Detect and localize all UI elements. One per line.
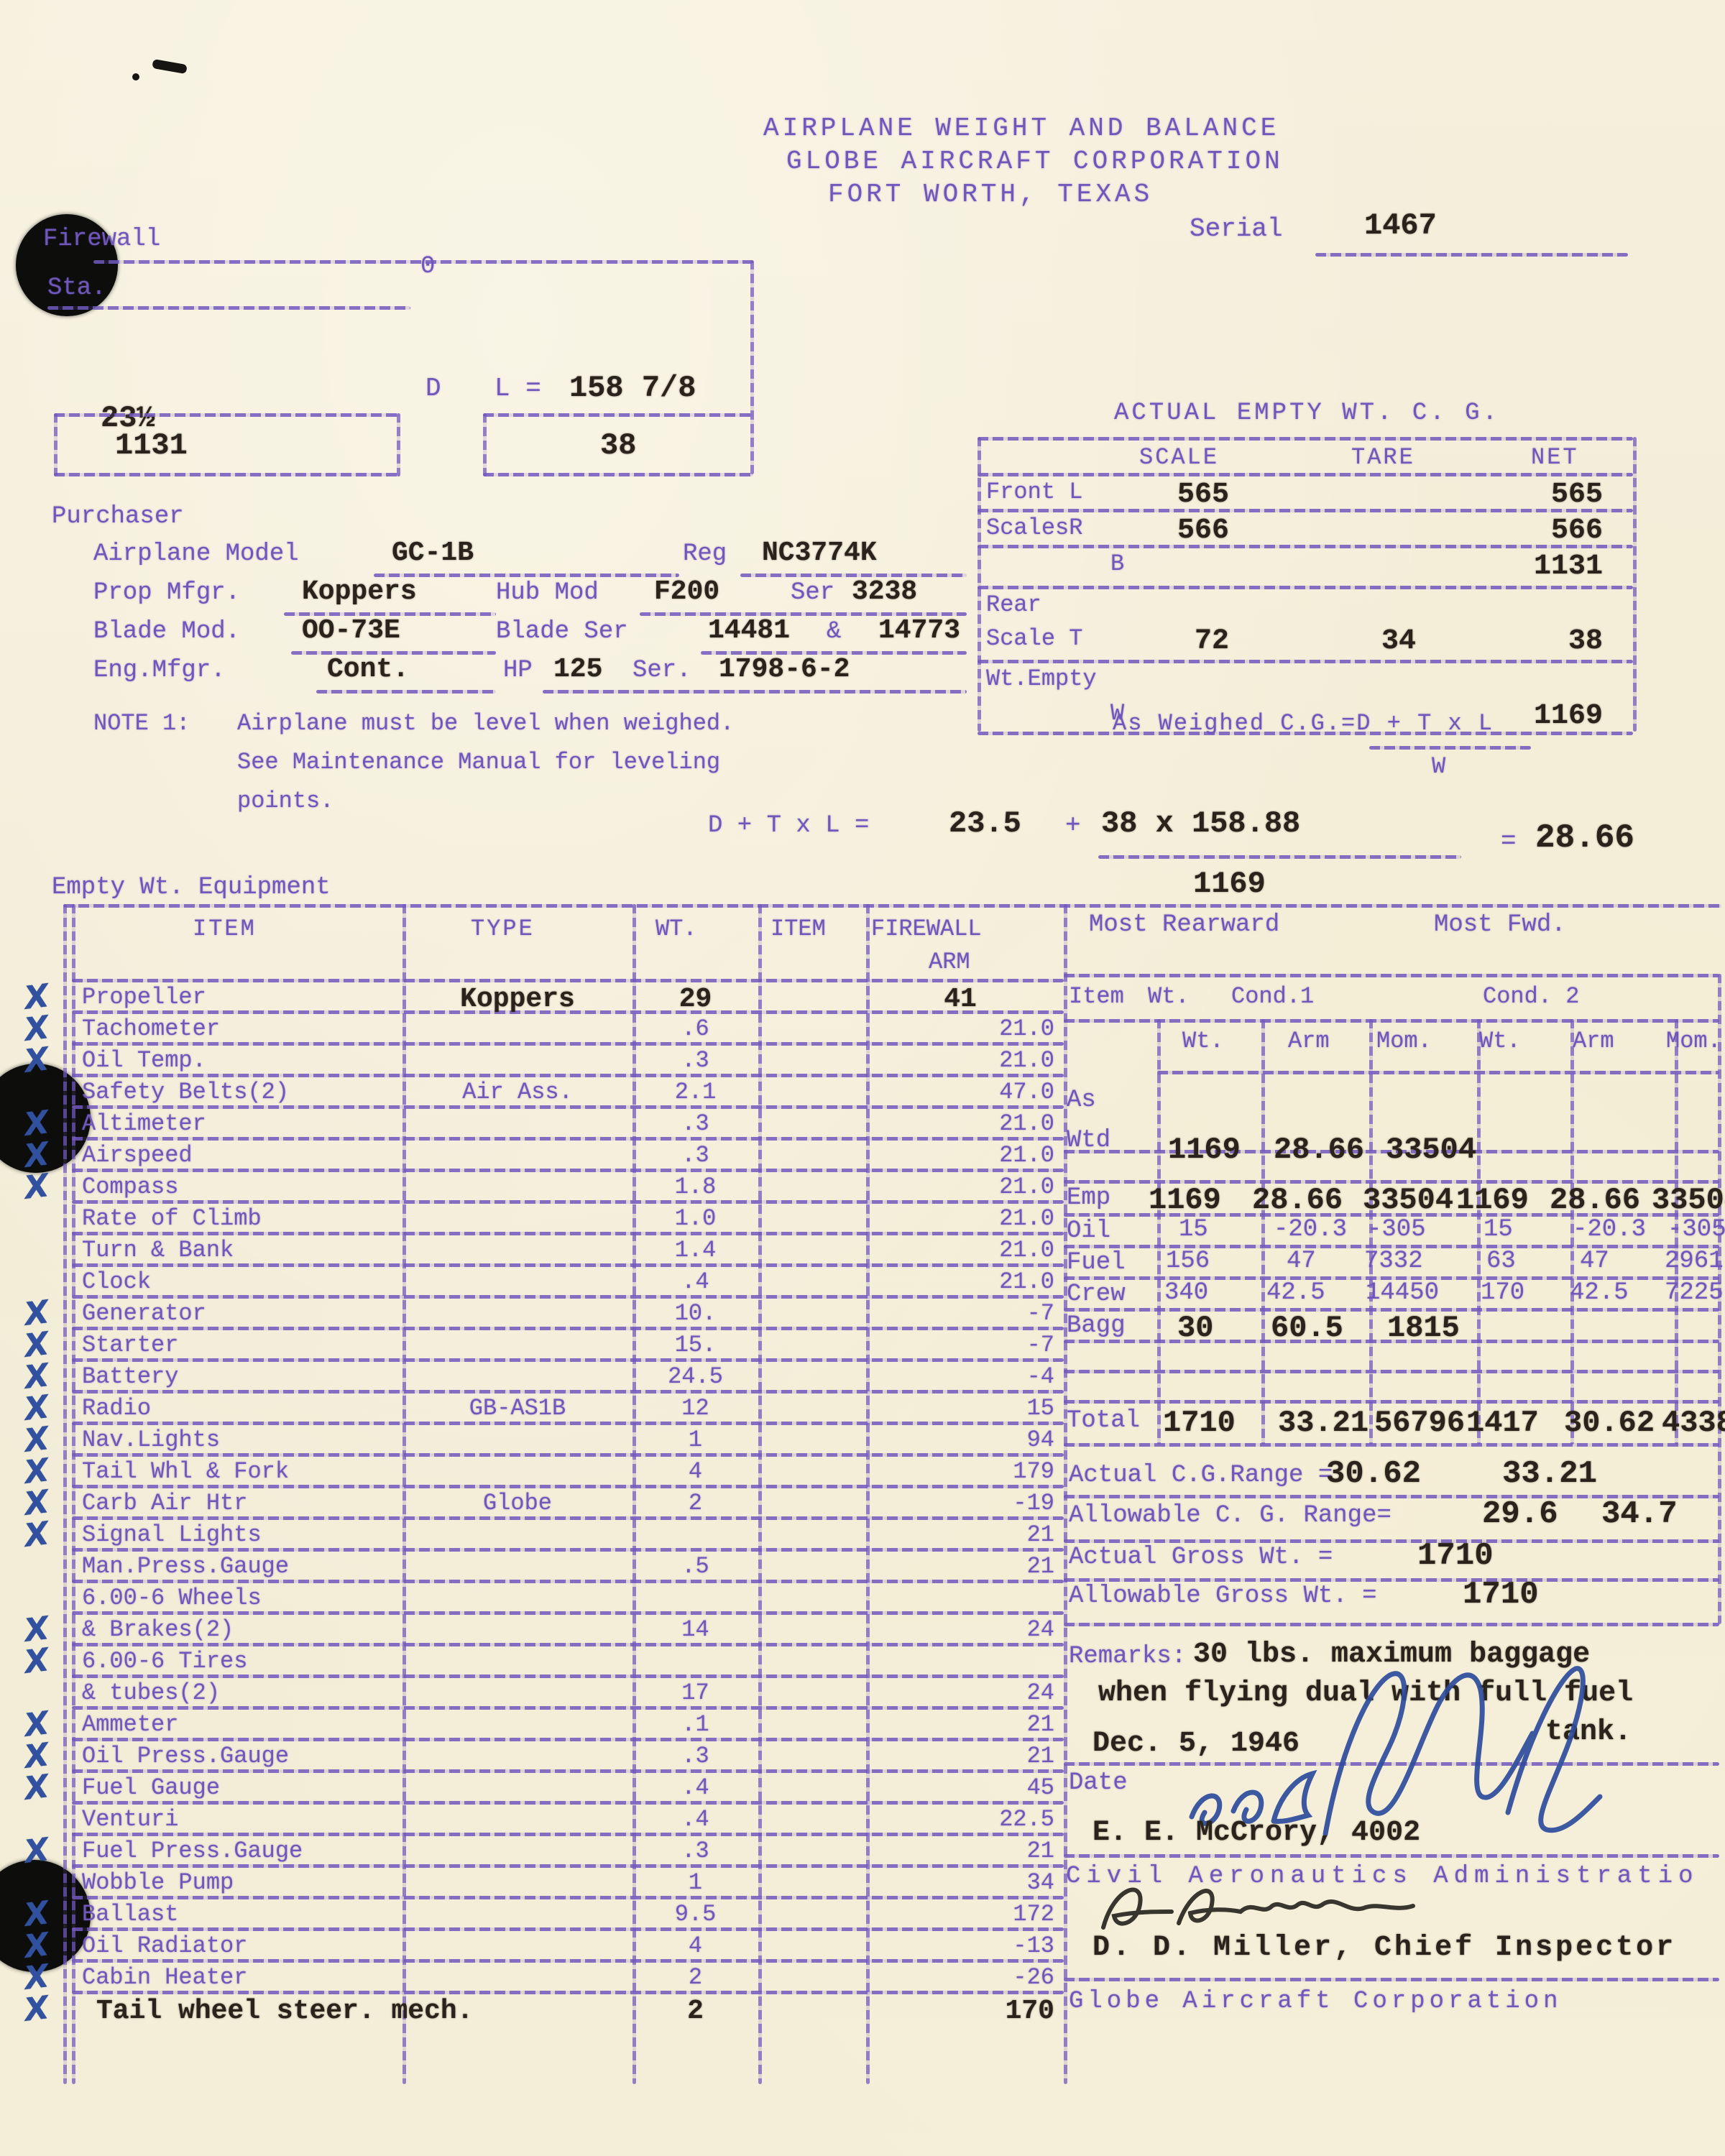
ink-smudge	[152, 59, 188, 74]
panel-value: 47	[1287, 1248, 1316, 1275]
panel-row-label: Oil	[1067, 1217, 1110, 1245]
purchaser-field-label: Ser.	[632, 657, 691, 684]
scale-row-label: ScalesR	[986, 515, 1082, 541]
equip-firewall-arm: 45	[866, 1774, 1062, 1801]
equip-row-rule	[72, 1485, 1064, 1488]
panel-head2: Mom.	[1666, 1028, 1721, 1054]
purchaser-field-label: Airplane Model	[93, 540, 299, 568]
actual-cg-max: 33.21	[1502, 1456, 1597, 1492]
equip-item: Oil Radiator	[82, 1932, 247, 1959]
scale-col-header: NET	[1531, 444, 1579, 471]
equip-item: Starter	[82, 1332, 178, 1358]
equip-row-rule	[72, 1896, 1064, 1899]
equip-item: Wobble Pump	[82, 1869, 234, 1896]
panel-value: 156	[1166, 1248, 1210, 1275]
panel-value: 1815	[1387, 1311, 1460, 1345]
equip-weight: .3	[632, 1838, 758, 1864]
equip-firewall-arm: -4	[866, 1363, 1062, 1390]
equip-header-firewall: FIREWALL	[871, 916, 982, 942]
formula-d: 23.5	[949, 806, 1021, 841]
purchaser-value: F200	[654, 576, 719, 607]
ink-dot	[132, 73, 139, 80]
equip-item: Carb Air Htr	[82, 1490, 247, 1516]
equip-row-rule	[72, 1738, 1064, 1741]
equip-row-checkmark: X	[22, 1167, 51, 1207]
panel-value: 7225	[1665, 1279, 1724, 1307]
panel-value: 33504	[1386, 1133, 1476, 1167]
purchaser-value: 3238	[852, 576, 917, 607]
equip-weight: 14	[632, 1616, 758, 1643]
equip-row-rule	[72, 1864, 1064, 1868]
panel-value: 1169	[1168, 1133, 1241, 1167]
allowable-cg-max: 34.7	[1601, 1496, 1678, 1532]
scale-table-rule	[977, 586, 1633, 589]
panel-col-line	[1157, 1019, 1161, 1445]
doc-title-line1: AIRPLANE WEIGHT AND BALANCE	[763, 114, 1279, 143]
equip-row-rule	[72, 1516, 1064, 1520]
panel-head2: Wt.	[1182, 1028, 1224, 1054]
equip-type: Globe	[402, 1490, 632, 1516]
scale-col-header: SCALE	[1139, 444, 1219, 471]
equip-item: Tail Whl & Fork	[82, 1458, 289, 1485]
equip-row-checkmark: X	[22, 1768, 51, 1807]
equip-item: Venturi	[82, 1806, 178, 1833]
equip-item: Signal Lights	[82, 1521, 262, 1548]
scale-table-left	[977, 437, 981, 732]
caa-line	[1064, 1854, 1719, 1858]
purchaser-underline	[316, 690, 496, 694]
panel-rule	[1064, 1370, 1719, 1373]
equip-firewall-arm: 21.0	[866, 1237, 1062, 1263]
purchaser-field-label: Prop Mfgr.	[93, 579, 240, 607]
panel-value: -20.3	[1274, 1216, 1347, 1243]
equip-item: Altimeter	[82, 1110, 206, 1137]
net-value: 566	[1459, 515, 1603, 547]
panel-value: 30	[1177, 1311, 1213, 1345]
equip-item: Fuel Press.Gauge	[82, 1838, 303, 1864]
sta-label: Sta.	[47, 275, 106, 302]
panel-value: 1417	[1466, 1406, 1539, 1440]
purchaser-value: 1798-6-2	[719, 654, 850, 685]
equip-firewall-arm: -26	[866, 1964, 1062, 1991]
panel-value: 2961	[1665, 1248, 1724, 1275]
equip-row-rule	[72, 1200, 1064, 1204]
allowable-cg-min: 29.6	[1482, 1496, 1558, 1532]
scale-table-top	[977, 437, 1633, 441]
purchaser-field-label: Blade Ser	[496, 618, 628, 645]
equip-header-item2: ITEM	[770, 916, 826, 942]
panel-divider	[1064, 904, 1067, 2084]
panel-value: 42.5	[1570, 1279, 1629, 1307]
equip-weight: 15.	[632, 1332, 758, 1358]
equip-row-rule	[72, 1074, 1064, 1077]
panel-value: 28.66	[1550, 1183, 1640, 1217]
panel-row-label: Total	[1067, 1407, 1140, 1434]
equip-weight: 4	[632, 1932, 758, 1959]
panel-row-label: Emp	[1067, 1184, 1110, 1212]
purchaser-underline	[543, 690, 967, 694]
equip-item: Ammeter	[82, 1711, 178, 1738]
panel-rule	[1064, 1623, 1719, 1626]
scale-table-title: ACTUAL EMPTY WT. C. G.	[1114, 400, 1500, 427]
purchaser-field-label: Eng.Mfgr.	[93, 657, 226, 684]
equip-header-wt: WT.	[655, 916, 697, 942]
equip-row-checkmark: X	[22, 1641, 51, 1681]
front-net-value: 1131	[115, 428, 188, 463]
serial-value: 1467	[1364, 208, 1437, 243]
equip-firewall-arm: 94	[866, 1427, 1062, 1453]
scale-value: 566	[1136, 515, 1229, 547]
equip-firewall-arm: 172	[866, 1901, 1062, 1927]
equip-row-rule	[72, 1959, 1064, 1963]
equip-row-rule	[72, 1769, 1064, 1773]
equip-row-rule	[72, 1548, 1064, 1552]
company-name: Globe Aircraft Corporation	[1069, 1988, 1563, 2015]
panel-value: 1710	[1163, 1406, 1236, 1440]
panel-col-line	[1261, 1019, 1265, 1445]
most-rearward-title: Most Rearward	[1089, 911, 1279, 939]
equip-item: Airspeed	[82, 1142, 193, 1169]
firewall-label: Firewall	[43, 226, 160, 253]
purchaser-underline	[374, 573, 679, 577]
sta-underline	[47, 306, 410, 310]
note-text2: See Maintenance Manual for leveling	[237, 749, 720, 775]
equip-header-type: TYPE	[471, 916, 535, 942]
equip-weight: .5	[632, 1553, 758, 1580]
equip-item: Tachometer	[82, 1015, 220, 1042]
panel-value: 15	[1179, 1216, 1208, 1243]
panel-value: 43385	[1662, 1406, 1725, 1440]
scale-row-label: Front L	[986, 479, 1082, 505]
equip-weight: .4	[632, 1806, 758, 1833]
purchaser-value: 14773	[878, 615, 960, 646]
equip-firewall-arm: 24	[866, 1680, 1062, 1706]
equip-item: Ballast	[82, 1901, 178, 1927]
equip-weight: 29	[632, 984, 758, 1015]
equip-type: Koppers	[402, 984, 632, 1015]
equip-firewall-arm: 21	[866, 1711, 1062, 1738]
equip-firewall-arm: 21.0	[866, 1174, 1062, 1200]
panel-head2: Wt.	[1479, 1028, 1521, 1054]
equip-row-rule	[72, 1358, 1064, 1362]
equip-row-rule	[72, 1169, 1064, 1172]
purchaser-value: Koppers	[302, 576, 417, 607]
equip-firewall-arm: 21	[866, 1838, 1062, 1864]
equip-firewall-arm: 22.5	[866, 1806, 1062, 1833]
equip-firewall-arm: 21.0	[866, 1142, 1062, 1169]
equip-weight: 12	[632, 1395, 758, 1422]
scale-row-label: Wt.Empty	[986, 665, 1097, 692]
panel-value: 15	[1483, 1216, 1513, 1243]
equip-item: Oil Temp.	[82, 1047, 206, 1074]
equip-weight: .3	[632, 1110, 758, 1137]
equip-row-rule	[72, 1611, 1064, 1615]
note-text3: points.	[237, 788, 333, 814]
allowable-gross-value: 1710	[1463, 1577, 1539, 1613]
purchaser-value: 14481	[708, 615, 790, 646]
scale-value: 565	[1136, 479, 1229, 511]
formula-numerator: 38 x 158.88	[1101, 806, 1300, 841]
rear-box-top	[483, 413, 753, 417]
equip-firewall-arm: -13	[866, 1932, 1062, 1959]
equip-row-rule	[72, 1453, 1064, 1457]
d-label: D	[425, 374, 441, 403]
date-label: Date	[1069, 1769, 1128, 1797]
equip-row-rule	[72, 1801, 1064, 1805]
equip-firewall-arm: 21	[866, 1521, 1062, 1548]
panel-rule	[1064, 1019, 1719, 1023]
formula-result: 28.66	[1535, 819, 1634, 857]
note-denominator: W	[1432, 753, 1445, 780]
equip-item: Generator	[82, 1300, 206, 1327]
purchaser-field-label: Hub Mod	[496, 579, 599, 607]
equip-row-rule	[72, 1927, 1064, 1931]
purchaser-value: NC3774K	[762, 538, 877, 568]
equip-weight: 9.5	[632, 1901, 758, 1927]
panel-row-label: As	[1067, 1087, 1096, 1114]
equip-row-rule	[72, 1706, 1064, 1710]
allowable-gross-label: Allowable Gross Wt. =	[1069, 1583, 1376, 1610]
panel-subhead-rule	[1157, 1071, 1719, 1074]
purchaser-value: 125	[553, 654, 602, 685]
weight-and-balance-sheet: AIRPLANE WEIGHT AND BALANCE GLOBE AIRCRA…	[0, 0, 1725, 2156]
equip-row-rule	[72, 1232, 1064, 1235]
equip-weight: 2	[632, 1964, 758, 1991]
equip-firewall-arm: 47.0	[866, 1079, 1062, 1105]
serial-label: Serial	[1190, 214, 1283, 244]
equip-header-item: ITEM	[193, 916, 257, 942]
panel-head1: Cond. 2	[1483, 983, 1579, 1010]
equip-row-rule	[72, 1137, 1064, 1141]
purchaser-field-label: Blade Mod.	[93, 618, 240, 645]
panel-value: -305	[1667, 1216, 1725, 1243]
note-text1: Airplane must be level when weighed.	[237, 710, 734, 737]
scale-col-header: TARE	[1351, 444, 1415, 471]
equip-row-rule	[72, 1674, 1064, 1678]
doc-title-line3: FORT WORTH, TEXAS	[828, 180, 1153, 209]
note-label: NOTE 1:	[93, 710, 190, 737]
scale-value: 72	[1136, 625, 1229, 658]
purchaser-field-label: HP	[503, 657, 533, 684]
panel-value: 56796	[1374, 1406, 1465, 1440]
equip-item: Tail wheel steer. mech.	[96, 1996, 474, 2027]
equip-row-checkmark: X	[22, 1989, 51, 2029]
equip-firewall-arm: 21	[866, 1553, 1062, 1580]
equip-item: Rate of Climb	[82, 1205, 262, 1232]
panel-rule	[1064, 1443, 1719, 1447]
equip-type: GB-AS1B	[402, 1395, 632, 1422]
equip-firewall-arm: 41	[866, 984, 1062, 1015]
equip-item: Man.Press.Gauge	[82, 1553, 289, 1580]
equip-weight: 2	[632, 1490, 758, 1516]
panel-rule	[1064, 1539, 1719, 1543]
tare-value: 34	[1330, 625, 1416, 658]
purchaser-field-label: Reg	[683, 540, 727, 568]
equip-row-checkmark: X	[22, 1515, 51, 1554]
purchaser-value: Cont.	[327, 654, 409, 685]
front-box-top	[54, 413, 400, 417]
equip-item: Compass	[82, 1174, 178, 1200]
equip-row-rule	[72, 1643, 1064, 1646]
scale-table-right	[1633, 437, 1637, 732]
panel-value: 28.66	[1252, 1183, 1343, 1217]
equip-firewall-arm: 15	[866, 1395, 1062, 1422]
panel-value: 7332	[1364, 1248, 1423, 1275]
panel-value: 1169	[1149, 1183, 1221, 1217]
equip-weight: .3	[632, 1743, 758, 1769]
equip-item: 6.00-6 Tires	[82, 1648, 247, 1674]
panel-value: 1169	[1456, 1183, 1529, 1217]
panel-row-label: Bagg	[1067, 1312, 1126, 1340]
note-as-weighed: As Weighed C.G.=D + T x L	[1113, 710, 1494, 737]
equip-firewall-arm: 34	[866, 1869, 1062, 1896]
panel-value: 60.5	[1271, 1311, 1343, 1345]
equip-weight: .4	[632, 1268, 758, 1295]
equip-weight: 2.1	[632, 1079, 758, 1105]
purchaser-label: Purchaser	[52, 503, 184, 530]
equip-type: Air Ass.	[402, 1079, 632, 1105]
equip-weight: 1	[632, 1869, 758, 1896]
equip-table-top	[63, 904, 1721, 908]
panel-rule	[1064, 1400, 1719, 1404]
equip-item: Turn & Bank	[82, 1237, 234, 1263]
equip-weight: .1	[632, 1711, 758, 1738]
rear-box-left	[483, 413, 487, 476]
equip-firewall-arm: 21.0	[866, 1110, 1062, 1137]
equip-item: Cabin Heater	[82, 1964, 247, 1991]
equip-row-rule	[72, 1263, 1064, 1267]
equip-firewall-arm: 21.0	[866, 1205, 1062, 1232]
actual-gross-value: 1710	[1417, 1538, 1494, 1574]
sta-zero: 0	[420, 253, 435, 280]
equip-row-rule	[72, 1390, 1064, 1393]
equip-row-rule	[72, 1580, 1064, 1583]
panel-head2: Arm	[1573, 1028, 1614, 1054]
panel-row-label: Fuel	[1067, 1249, 1126, 1276]
inspector2-name: D. D. Miller, Chief Inspector	[1092, 1932, 1676, 1964]
scale-table-rule	[977, 473, 1633, 476]
panel-value: 30.62	[1564, 1406, 1655, 1440]
remarks-label: Remarks:	[1069, 1643, 1186, 1670]
panel-row-label: Crew	[1067, 1281, 1126, 1308]
equip-firewall-arm: -19	[866, 1490, 1062, 1516]
equip-weight: 10.	[632, 1300, 758, 1327]
formula-denominator: 1169	[1193, 867, 1266, 901]
panel-rule	[1064, 974, 1719, 977]
panel-head1: Cond.1	[1231, 983, 1314, 1010]
actual-cg-min: 30.62	[1326, 1456, 1421, 1492]
equip-firewall-arm: 170	[866, 1996, 1062, 2027]
front-box-right	[397, 413, 400, 476]
scale-row-label: Scale T	[986, 625, 1082, 652]
l-value: 158 7/8	[569, 371, 696, 405]
net-value: 565	[1459, 479, 1603, 511]
panel-value: -305	[1367, 1216, 1426, 1243]
rear-box-bottom	[483, 473, 753, 476]
equip-col-line	[72, 904, 75, 2084]
equip-weight: 1.8	[632, 1174, 758, 1200]
formula-lhs: D + T x L =	[708, 812, 869, 839]
panel-value: 33504	[1652, 1183, 1725, 1217]
note-fraction-bar	[1369, 746, 1531, 750]
equip-row-rule	[72, 1105, 1064, 1109]
panel-value: 340	[1164, 1279, 1208, 1307]
equip-row-checkmark: X	[22, 1041, 51, 1080]
panel-row-label2: Wtd	[1067, 1127, 1110, 1154]
equip-row-rule	[72, 1295, 1064, 1299]
equip-weight: 1.0	[632, 1205, 758, 1232]
equip-firewall-arm: 21.0	[866, 1047, 1062, 1074]
scale-row-label: Rear	[986, 591, 1041, 618]
equip-item: Safety Belts(2)	[82, 1079, 289, 1105]
panel-head2: Arm	[1288, 1028, 1330, 1054]
equip-weight: 24.5	[632, 1363, 758, 1390]
scale-row-label: B	[1110, 550, 1124, 577]
formula-plus: +	[1065, 811, 1081, 840]
equip-item: 6.00-6 Wheels	[82, 1585, 262, 1611]
panel-value: 47	[1580, 1248, 1609, 1275]
equip-weight: .3	[632, 1142, 758, 1169]
equip-item: Oil Press.Gauge	[82, 1743, 289, 1769]
equip-row-rule	[72, 1042, 1064, 1046]
panel-value: -20.3	[1573, 1216, 1646, 1243]
equip-header-rule	[72, 979, 1064, 982]
doc-title-line2: GLOBE AIRCRAFT CORPORATION	[786, 147, 1284, 176]
panel-rule	[1064, 1578, 1719, 1582]
equip-row-rule	[72, 1327, 1064, 1330]
purchaser-field-label: Ser	[791, 579, 834, 607]
equip-weight: .6	[632, 1015, 758, 1042]
equip-weight: 1.4	[632, 1237, 758, 1263]
formula-fraction-bar	[1098, 855, 1461, 859]
net-value: 1131	[1459, 550, 1603, 583]
panel-value: 28.66	[1274, 1133, 1364, 1167]
equip-item: Battery	[82, 1363, 178, 1390]
equip-firewall-arm: 21.0	[866, 1268, 1062, 1295]
equip-row-rule	[72, 1991, 1064, 1994]
equip-firewall-arm: 21	[866, 1743, 1062, 1769]
equip-firewall-arm: -7	[866, 1300, 1062, 1327]
diagram-right-line	[750, 260, 754, 474]
equip-weight: 2	[632, 1996, 758, 2027]
allowable-cg-range-label: Allowable C. G. Range=	[1069, 1502, 1391, 1529]
panel-head1: Wt.	[1148, 983, 1190, 1010]
equip-col-line	[63, 904, 67, 2084]
company-line	[1064, 1978, 1719, 1981]
equip-col-line	[758, 904, 762, 2084]
panel-value: 14450	[1366, 1279, 1439, 1307]
equip-item: & tubes(2)	[82, 1680, 220, 1706]
equip-weight: 1	[632, 1427, 758, 1453]
equipment-label: Empty Wt. Equipment	[52, 874, 331, 901]
panel-value: 170	[1481, 1279, 1524, 1307]
equip-firewall-arm: 24	[866, 1616, 1062, 1643]
equip-item: Radio	[82, 1395, 151, 1422]
equip-firewall-arm: 21.0	[866, 1015, 1062, 1042]
purchaser-value: OO-73E	[302, 615, 400, 646]
actual-gross-label: Actual Gross Wt. =	[1069, 1544, 1333, 1571]
panel-head1: Item	[1069, 983, 1124, 1010]
panel-head2: Mom.	[1376, 1028, 1432, 1054]
net-value: 38	[1459, 625, 1603, 658]
equip-item: Propeller	[82, 984, 206, 1010]
rear-net-value: 38	[600, 428, 636, 463]
equip-weight: .3	[632, 1047, 758, 1074]
formula-equals: =	[1501, 826, 1517, 856]
equip-weight: 17	[632, 1680, 758, 1706]
actual-cg-range-label: Actual C.G.Range =	[1069, 1462, 1333, 1489]
front-box-bottom	[54, 473, 400, 476]
